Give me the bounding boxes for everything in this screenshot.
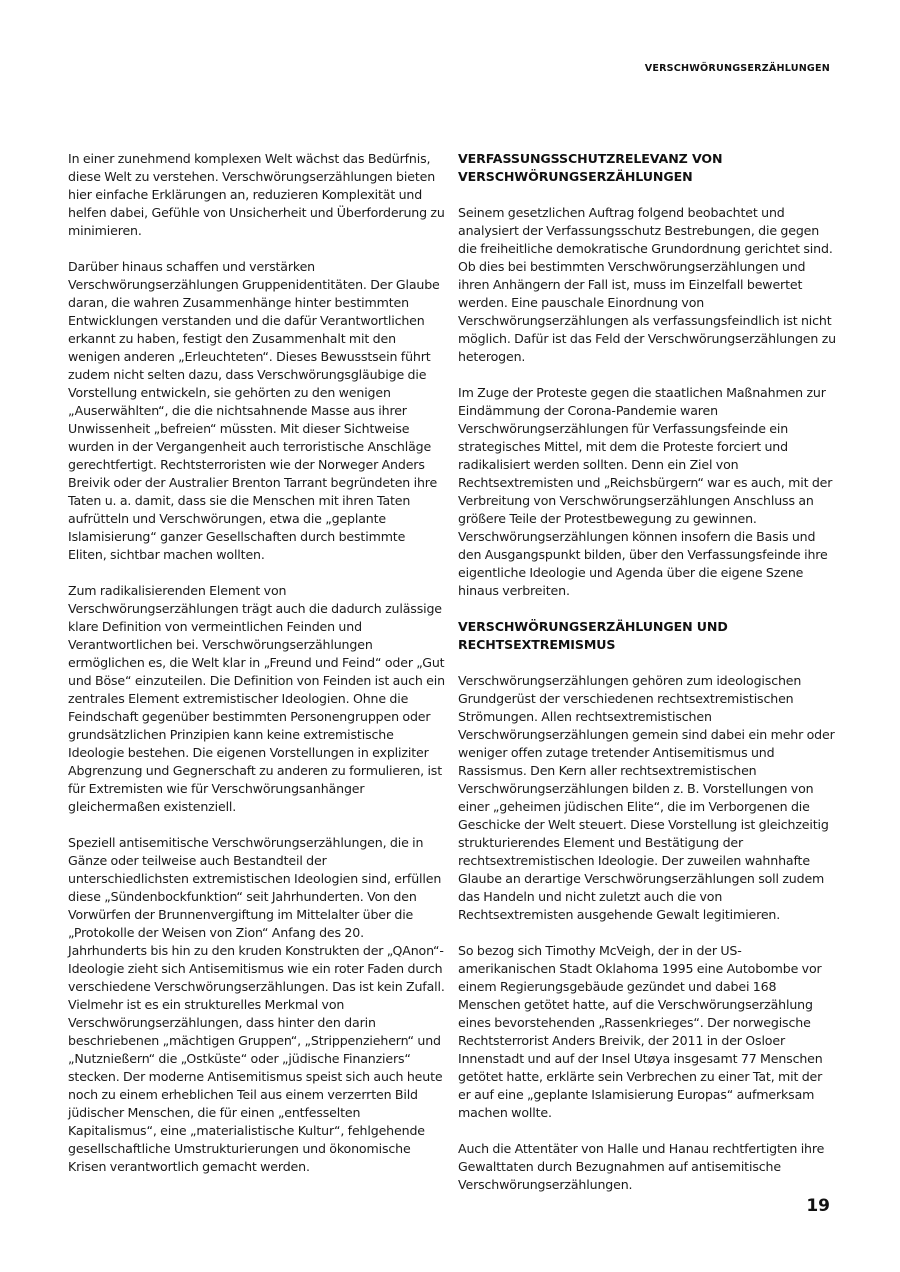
paragraph: Verschwörungserzählungen gehören zum ide…	[458, 672, 836, 924]
section-heading: VERFASSUNGSSCHUTZRELEVANZ VON VERSCHWÖRU…	[458, 150, 836, 186]
paragraph: Seinem gesetzlichen Auftrag folgend beob…	[458, 204, 836, 366]
paragraph: Zum radikalisierenden Element von Versch…	[68, 582, 446, 816]
paragraph: Darüber hinaus schaffen und verstärken V…	[68, 258, 446, 564]
right-column: VERFASSUNGSSCHUTZRELEVANZ VON VERSCHWÖRU…	[458, 150, 836, 1212]
left-column: In einer zunehmend komplexen Welt wächst…	[68, 150, 446, 1194]
paragraph: Auch die Attentäter von Halle und Hanau …	[458, 1140, 836, 1194]
running-header: VERSCHWÖRUNGSERZÄHLUNGEN	[645, 63, 830, 74]
section-heading: VERSCHWÖRUNGSERZÄHLUNGEN UND RECHTSEXTRE…	[458, 618, 836, 654]
page-number: 19	[806, 1196, 830, 1216]
section-rechtsextremismus: VERSCHWÖRUNGSERZÄHLUNGEN UND RECHTSEXTRE…	[458, 618, 836, 1194]
paragraph: Im Zuge der Proteste gegen die staatlich…	[458, 384, 836, 600]
paragraph: So bezog sich Timothy McVeigh, der in de…	[458, 942, 836, 1122]
paragraph: Speziell antisemitische Verschwörungserz…	[68, 834, 446, 1176]
section-verfassungsschutzrelevanz: VERFASSUNGSSCHUTZRELEVANZ VON VERSCHWÖRU…	[458, 150, 836, 600]
paragraph: In einer zunehmend komplexen Welt wächst…	[68, 150, 446, 240]
